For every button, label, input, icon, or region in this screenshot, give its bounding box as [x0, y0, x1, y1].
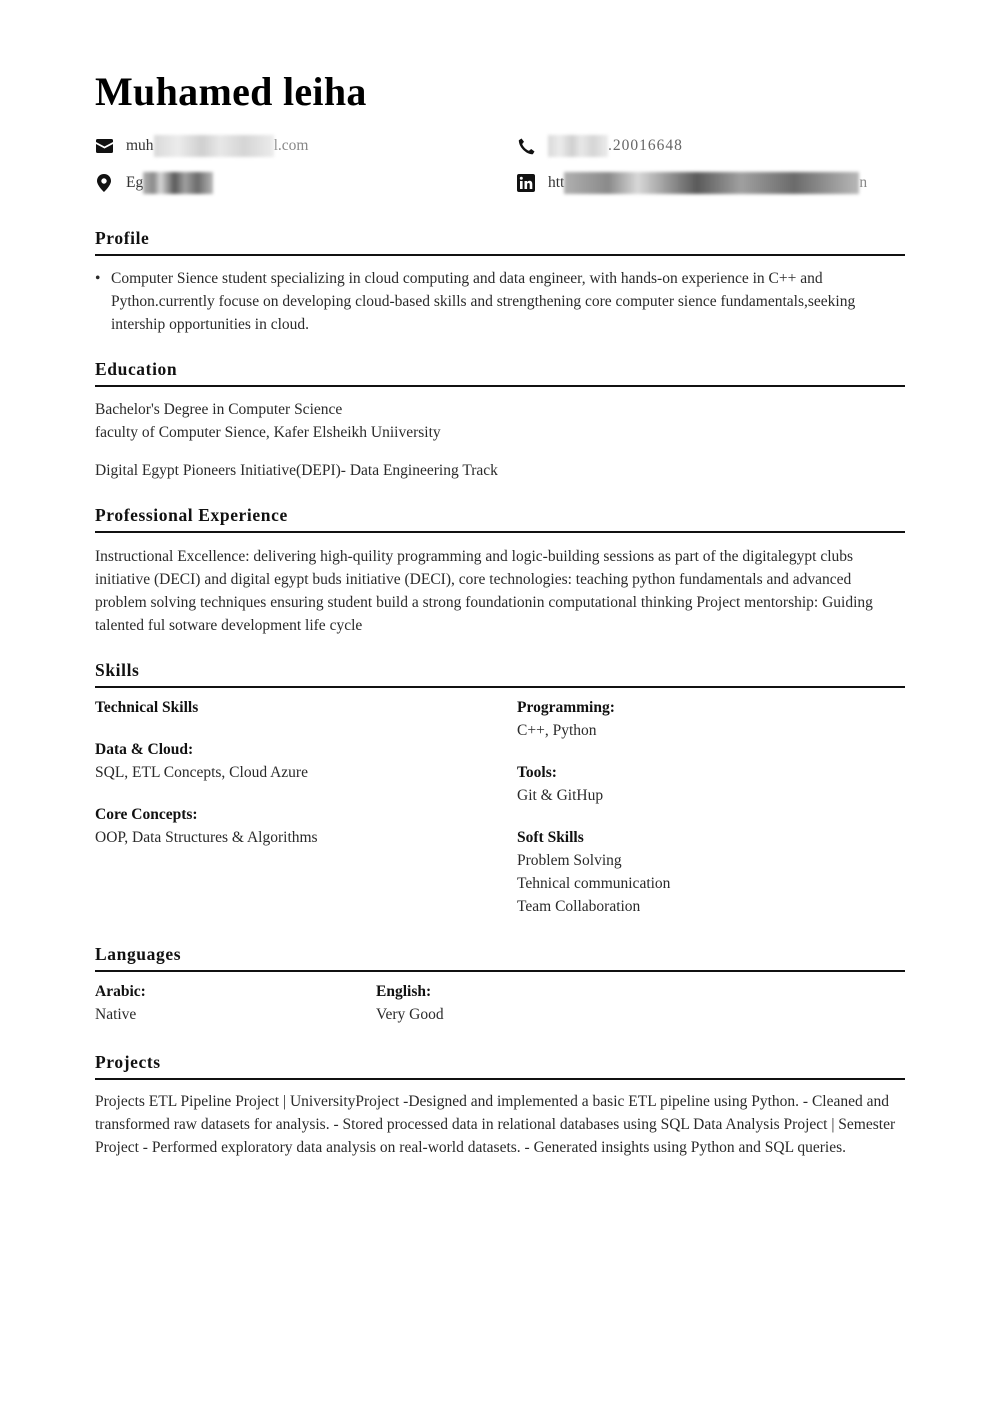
skill-item: Git & GitHup [517, 784, 897, 807]
skill-group-label: Programming: [517, 696, 897, 719]
skill-item: Tehnical communication [517, 872, 897, 895]
skill-group-label: Technical Skills [95, 696, 495, 719]
language-item: Arabic: Native [95, 980, 146, 1026]
degree: Bachelor's Degree in Computer Science [95, 398, 905, 421]
redacted-phone [548, 135, 608, 157]
contact-email[interactable]: muh l.com [95, 135, 308, 157]
language-name: Arabic: [95, 980, 146, 1003]
institution: faculty of Computer Sience, Kafer Elshei… [95, 421, 905, 444]
skill-item: OOP, Data Structures & Algorithms [95, 826, 495, 849]
section-title: Languages [95, 942, 905, 966]
section-divider [95, 1078, 905, 1080]
contact-location: Eg [95, 172, 213, 194]
contact-linkedin[interactable]: htt n [517, 172, 867, 194]
skill-item: Team Collaboration [517, 895, 897, 918]
skill-group-label: Data & Cloud: [95, 738, 495, 761]
redacted-email [154, 135, 274, 157]
linkedin-icon [517, 174, 535, 192]
skill-group: Core Concepts: OOP, Data Structures & Al… [95, 803, 495, 849]
map-pin-icon [95, 174, 113, 192]
envelope-icon [95, 137, 113, 155]
section-divider [95, 254, 905, 256]
section-title: Projects [95, 1050, 905, 1074]
experience-text: Instructional Excellence: delivering hig… [95, 545, 905, 637]
skill-group: Soft Skills Problem Solving Tehnical com… [517, 826, 897, 918]
language-item: English: Very Good [376, 980, 444, 1026]
education-entry: Digital Egypt Pioneers Initiative(DEPI)-… [95, 459, 905, 482]
skill-group-label: Core Concepts: [95, 803, 495, 826]
redacted-location [143, 172, 213, 194]
section-title: Professional Experience [95, 503, 905, 527]
language-level: Native [95, 1003, 146, 1026]
email-suffix: l.com [274, 137, 309, 155]
skills-right-column: Programming: C++, Python Tools: Git & Gi… [517, 696, 897, 937]
skill-group: Tools: Git & GitHup [517, 761, 897, 807]
candidate-name: Muhamed leiha [95, 68, 367, 116]
section-title: Profile [95, 226, 905, 250]
section-divider [95, 385, 905, 387]
phone-icon [517, 137, 535, 155]
skills-section: Skills Technical Skills Data & Cloud: SQ… [95, 658, 905, 918]
skill-group: Data & Cloud: SQL, ETL Concepts, Cloud A… [95, 738, 495, 784]
language-name: English: [376, 980, 444, 1003]
section-title: Education [95, 357, 905, 381]
skill-group: Programming: C++, Python [517, 696, 897, 742]
program: Digital Egypt Pioneers Initiative(DEPI)-… [95, 459, 905, 482]
education-entry: Bachelor's Degree in Computer Science fa… [95, 398, 905, 444]
skill-item: SQL, ETL Concepts, Cloud Azure [95, 761, 495, 784]
skill-item: C++, Python [517, 719, 897, 742]
location-prefix: Eg [126, 174, 143, 192]
languages-section: Languages Arabic: Native English: Very G… [95, 942, 905, 1032]
experience-section: Professional Experience Instructional Ex… [95, 503, 905, 637]
phone-suffix: .20016648 [608, 137, 683, 155]
skill-item: Problem Solving [517, 849, 897, 872]
language-level: Very Good [376, 1003, 444, 1026]
education-section: Education Bachelor's Degree in Computer … [95, 357, 905, 482]
redacted-linkedin [564, 172, 859, 194]
profile-section: Profile Computer Sience student speciali… [95, 226, 905, 336]
skill-group-label: Soft Skills [517, 826, 897, 849]
skill-group-label: Tools: [517, 761, 897, 784]
section-divider [95, 531, 905, 533]
projects-text: Projects ETL Pipeline Project | Universi… [95, 1090, 905, 1159]
email-prefix: muh [126, 137, 154, 155]
projects-section: Projects Projects ETL Pipeline Project |… [95, 1050, 905, 1159]
skills-left-column: Technical Skills Data & Cloud: SQL, ETL … [95, 696, 495, 868]
profile-bullet: Computer Sience student specializing in … [95, 267, 905, 336]
skill-group: Technical Skills [95, 696, 495, 719]
section-title: Skills [95, 658, 905, 682]
linkedin-prefix: htt [548, 174, 564, 192]
contact-phone[interactable]: .20016648 [517, 135, 683, 157]
linkedin-suffix: n [859, 174, 867, 192]
section-divider [95, 970, 905, 972]
section-divider [95, 686, 905, 688]
